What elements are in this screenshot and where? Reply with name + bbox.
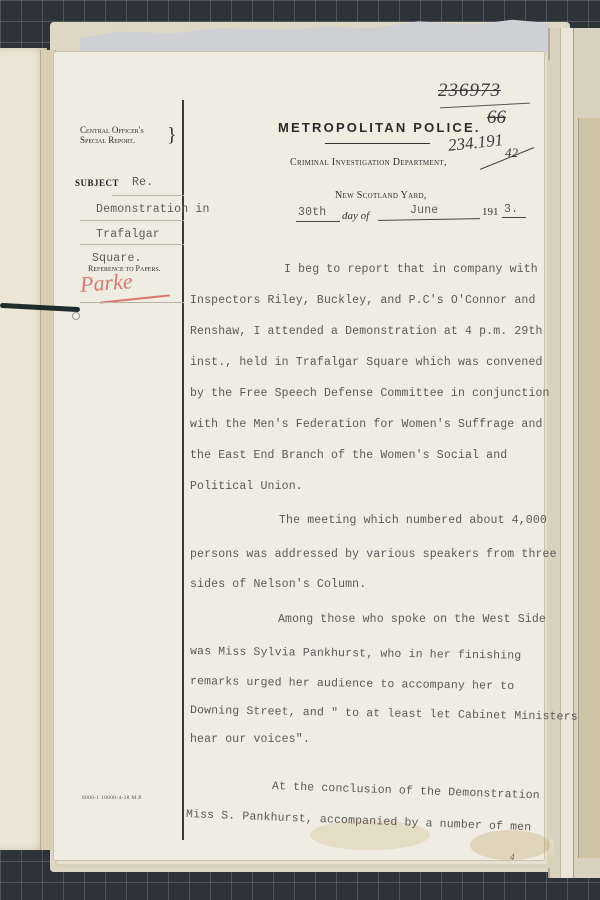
body-line: sides of Nelson's Column. [190, 578, 366, 591]
officer-report-label: Central Officer's Special Report. [80, 125, 144, 145]
subject-line: Trafalgar [96, 228, 160, 241]
date-rule [502, 217, 526, 218]
page-number: 4 [510, 852, 515, 862]
body-line: Political Union. [190, 480, 303, 493]
date-month: June [410, 204, 438, 217]
file-reference-sub: 42 [505, 145, 518, 161]
subject-re: Re. [132, 176, 153, 189]
body-line: Inspectors Riley, Buckley, and P.C's O'C… [190, 294, 536, 307]
brace-glyph: } [167, 124, 177, 147]
subject-rule [80, 220, 184, 221]
date-year-prefix: 191 [482, 206, 499, 218]
body-line: Renshaw, I attended a Demonstration at 4… [190, 325, 543, 338]
officer-report-line1: Central Officer's [80, 125, 144, 135]
struck-reference-number: 236973 [438, 80, 501, 102]
officer-report-line2: Special Report. [80, 135, 144, 145]
body-line: Among those who spoke on the West Side [278, 613, 546, 626]
address-label: New Scotland Yard, [335, 190, 427, 201]
date-day-of-label: day of [342, 210, 369, 222]
heading-rule [325, 143, 430, 144]
subject-line: Demonstration in [96, 203, 210, 216]
struck-reference-sub: 66 [487, 107, 506, 129]
subject-label: SUBJECT [75, 178, 119, 188]
body-line: The meeting which numbered about 4,000 [279, 514, 547, 527]
stack-edge [578, 118, 600, 858]
date-day: 30th [298, 206, 326, 219]
body-line: I beg to report that in company with [284, 263, 538, 276]
subject-rule [80, 244, 184, 245]
subject-rule [80, 302, 184, 303]
date-rule [296, 221, 340, 222]
form-code: 6000-1 10000-4-18 M.P. [82, 795, 143, 801]
body-line: by the Free Speech Defense Committee in … [190, 387, 550, 400]
body-line: with the Men's Federation for Women's Su… [190, 418, 543, 431]
punch-hole [72, 312, 80, 320]
right-page-stack [548, 28, 600, 878]
date-year-suffix: 3. [504, 203, 518, 216]
body-line: the East End Branch of the Women's Socia… [190, 449, 507, 462]
department-label: Criminal Investigation Department, [290, 157, 447, 168]
reference-handwritten-note: Parke [79, 268, 133, 298]
body-line: hear our voices". [190, 733, 310, 746]
stack-edge [560, 28, 574, 878]
organisation-heading: METROPOLITAN POLICE. [278, 120, 481, 135]
body-line: inst., held in Trafalgar Square which wa… [190, 356, 543, 369]
body-line: persons was addressed by various speaker… [190, 548, 557, 561]
subject-rule [112, 195, 184, 196]
